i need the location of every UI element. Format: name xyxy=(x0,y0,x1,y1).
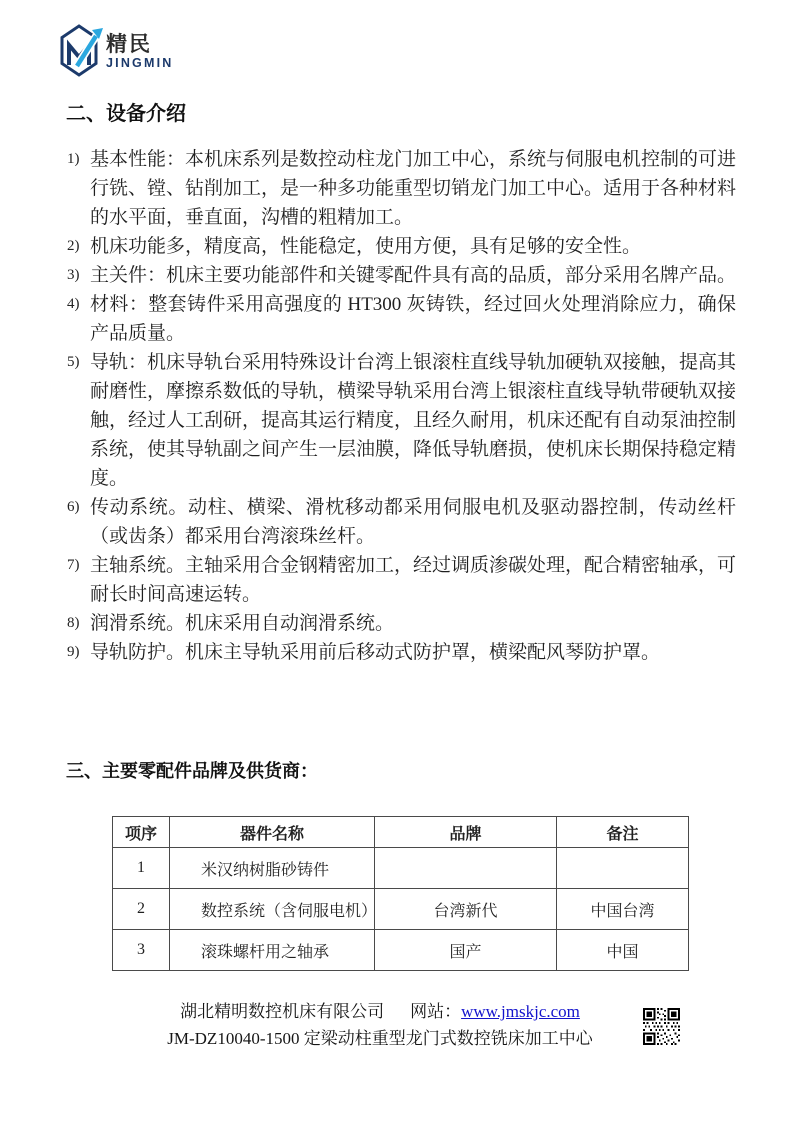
logo-hexagon-icon: 精民 JINGMIN xyxy=(58,20,198,82)
table-row: 3 滚珠螺杆用之轴承 国产 中国 xyxy=(113,930,689,971)
section-2-heading: 二、设备介绍 xyxy=(66,100,736,128)
table-cell-index: 3 xyxy=(113,930,170,971)
list-item: 9) 导轨防护。机床主导轨采用前后移动式防护罩，横梁配风琴防护罩。 xyxy=(66,638,736,667)
table-cell-note: 中国台湾 xyxy=(557,889,689,930)
table-cell-brand xyxy=(375,848,557,889)
table-header-cell: 器件名称 xyxy=(170,817,375,848)
parts-suppliers-table: 项序 器件名称 品牌 备注 1 米汉纳树脂砂铸件 2 数控系统（含伺服电机） 台… xyxy=(112,816,689,971)
list-item-number: 1) xyxy=(67,145,80,174)
table-cell-note xyxy=(557,848,689,889)
table-header-cell: 备注 xyxy=(557,817,689,848)
table-header-cell: 项序 xyxy=(113,817,170,848)
list-item-number: 6) xyxy=(67,493,80,522)
table-cell-part: 米汉纳树脂砂铸件 xyxy=(170,848,375,889)
page-footer: 湖北精明数控机床有限公司网站：www.jmskjc.com JM-DZ10040… xyxy=(20,998,740,1052)
list-item-number: 4) xyxy=(67,290,80,319)
list-item: 1) 基本性能：本机床系列是数控动柱龙门加工中心，系统与伺服电机控制的可进行铣、… xyxy=(66,145,736,232)
list-item-number: 5) xyxy=(67,348,80,377)
footer-company-line: 湖北精明数控机床有限公司网站：www.jmskjc.com xyxy=(20,998,740,1025)
list-item: 7) 主轴系统。主轴采用合金钢精密加工，经过调质渗碳处理，配合精密轴承，可耐长时… xyxy=(66,551,736,609)
table-cell-brand: 国产 xyxy=(375,930,557,971)
list-item: 5) 导轨：机床导轨台采用特殊设计台湾上银滚柱直线导轨加硬轨双接触，提高其耐磨性… xyxy=(66,348,736,493)
table-cell-note: 中国 xyxy=(557,930,689,971)
list-item-text: 润滑系统。机床采用自动润滑系统。 xyxy=(90,613,394,634)
table-header-row: 项序 器件名称 品牌 备注 xyxy=(113,817,689,848)
list-item-text: 主关件：机床主要功能部件和关键零配件具有高的品质，部分采用名牌产品。 xyxy=(90,265,736,286)
list-item-text: 机床功能多，精度高，性能稳定，使用方便，具有足够的安全性。 xyxy=(90,236,641,257)
table-cell-index: 1 xyxy=(113,848,170,889)
table-cell-index: 2 xyxy=(113,889,170,930)
website-label: 网站： xyxy=(410,1002,461,1021)
list-item-number: 2) xyxy=(67,232,80,261)
list-item-text: 传动系统。动柱、横梁、滑枕移动都采用伺服电机及驱动器控制，传动丝杆（或齿条）都采… xyxy=(90,497,736,547)
list-item-number: 8) xyxy=(67,609,80,638)
website-link[interactable]: www.jmskjc.com xyxy=(461,1002,580,1021)
table-row: 2 数控系统（含伺服电机） 台湾新代 中国台湾 xyxy=(113,889,689,930)
table-cell-part: 滚珠螺杆用之轴承 xyxy=(170,930,375,971)
list-item-text: 材料：整套铸件采用高强度的 HT300 灰铸铁，经过回火处理消除应力，确保产品质… xyxy=(90,294,736,344)
logo-cn-text: 精民 xyxy=(106,32,152,56)
list-item-text: 导轨防护。机床主导轨采用前后移动式防护罩，横梁配风琴防护罩。 xyxy=(90,642,660,663)
list-item: 2) 机床功能多，精度高，性能稳定，使用方便，具有足够的安全性。 xyxy=(66,232,736,261)
company-logo: 精民 JINGMIN xyxy=(58,20,198,82)
section-3-heading: 三、主要零配件品牌及供货商： xyxy=(66,759,736,783)
list-item-text: 导轨：机床导轨台采用特殊设计台湾上银滚柱直线导轨加硬轨双接触，提高其耐磨性，摩擦… xyxy=(90,352,736,489)
list-item-number: 7) xyxy=(67,551,80,580)
list-item: 8) 润滑系统。机床采用自动润滑系统。 xyxy=(66,609,736,638)
list-item: 4) 材料：整套铸件采用高强度的 HT300 灰铸铁，经过回火处理消除应力，确保… xyxy=(66,290,736,348)
footer-product-line: JM-DZ10040-1500 定梁动柱重型龙门式数控铣床加工中心 xyxy=(20,1025,740,1052)
list-item-text: 基本性能：本机床系列是数控动柱龙门加工中心，系统与伺服电机控制的可进行铣、镗、钻… xyxy=(90,149,736,228)
company-name: 湖北精明数控机床有限公司 xyxy=(180,1002,384,1021)
list-item-number: 9) xyxy=(67,638,80,667)
list-item-text: 主轴系统。主轴采用合金钢精密加工，经过调质渗碳处理，配合精密轴承，可耐长时间高速… xyxy=(90,555,736,605)
document-body: 二、设备介绍 1) 基本性能：本机床系列是数控动柱龙门加工中心，系统与伺服电机控… xyxy=(66,100,736,971)
table-cell-brand: 台湾新代 xyxy=(375,889,557,930)
table-cell-part: 数控系统（含伺服电机） xyxy=(170,889,375,930)
list-item-number: 3) xyxy=(67,261,80,290)
list-item: 6) 传动系统。动柱、横梁、滑枕移动都采用伺服电机及驱动器控制，传动丝杆（或齿条… xyxy=(66,493,736,551)
table-row: 1 米汉纳树脂砂铸件 xyxy=(113,848,689,889)
list-item: 3) 主关件：机床主要功能部件和关键零配件具有高的品质，部分采用名牌产品。 xyxy=(66,261,736,290)
equipment-feature-list: 1) 基本性能：本机床系列是数控动柱龙门加工中心，系统与伺服电机控制的可进行铣、… xyxy=(66,145,736,667)
table-header-cell: 品牌 xyxy=(375,817,557,848)
qr-code-image xyxy=(643,1008,680,1045)
logo-en-text: JINGMIN xyxy=(106,56,174,70)
